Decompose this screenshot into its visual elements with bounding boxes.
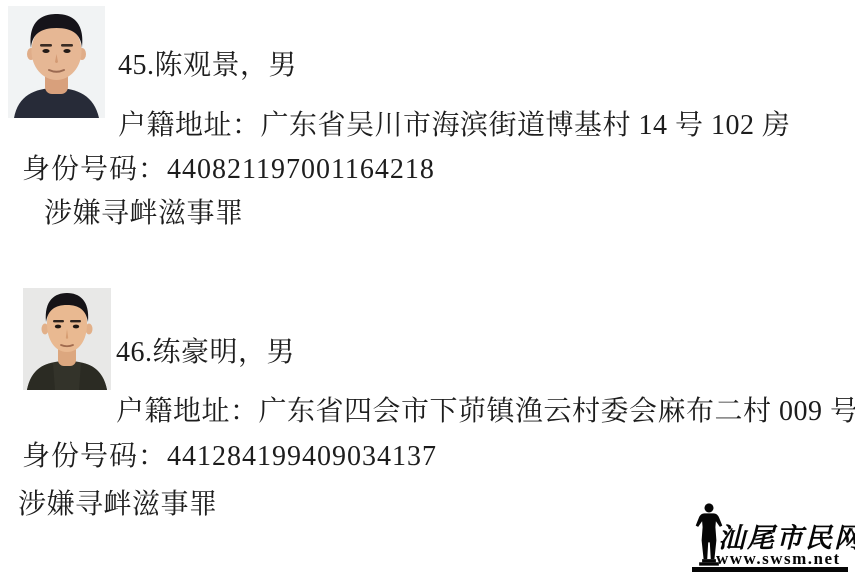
suspect-id-46: 身份号码：441284199409034137 <box>22 440 437 474</box>
notice-page: 45.陈观景，男 户籍地址：广东省吴川市海滨街道博基村 14 号 102 房 身… <box>0 0 855 577</box>
suspect-name-46: 46.练豪明，男 <box>116 336 295 370</box>
id-portrait-young-man <box>23 288 111 390</box>
watermark-baseline-bar <box>692 567 848 572</box>
suspect-id-45: 身份号码：440821197001164218 <box>22 153 435 187</box>
watermark-logo: 汕尾市民网 www.swsm.net <box>688 500 852 574</box>
suspect-crime-46: 涉嫌寻衅滋事罪 <box>18 488 218 522</box>
watermark-site-url: www.swsm.net <box>716 550 841 567</box>
id-portrait-middle-aged-man <box>8 6 105 118</box>
suspect-photo-46 <box>23 288 111 390</box>
suspect-photo-45 <box>8 6 105 118</box>
suspect-address-45: 户籍地址：广东省吴川市海滨街道博基村 14 号 102 房 <box>118 109 791 143</box>
watermark-site-name: 汕尾市民网 <box>718 524 855 552</box>
suspect-name-45: 45.陈观景，男 <box>118 49 297 83</box>
suspect-address-46: 户籍地址：广东省四会市下茆镇渔云村委会麻布二村 009 号 <box>116 395 855 429</box>
suspect-crime-45: 涉嫌寻衅滋事罪 <box>44 197 244 231</box>
